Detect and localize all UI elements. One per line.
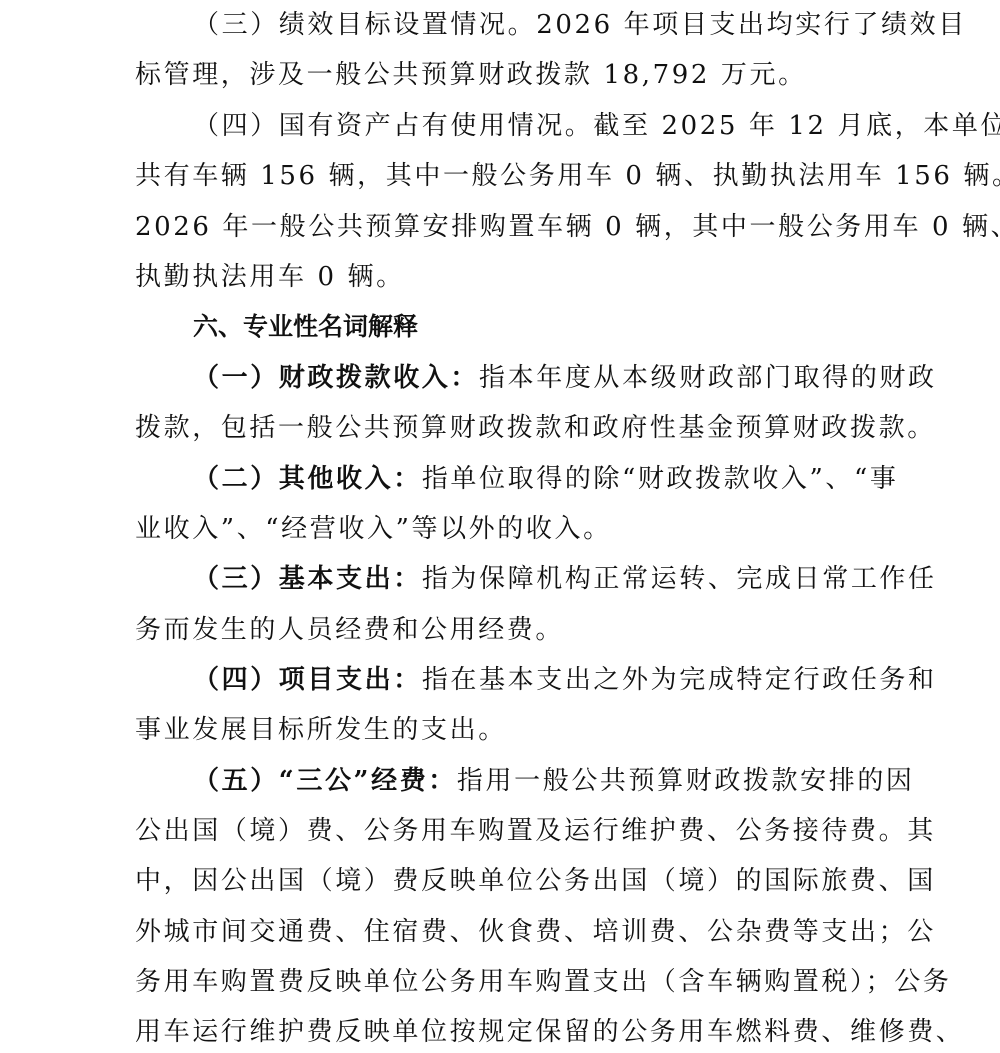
term-label: （五）“三公”经费： xyxy=(193,766,457,796)
term-text: 指为保障机构正常运转、完成日常工作任 xyxy=(422,564,937,594)
term-text: 指单位取得的除“财政拨款收入”、“事 xyxy=(422,464,899,494)
term-text: 指在基本支出之外为完成特定行政任务和 xyxy=(422,665,937,695)
term-label: （四）项目支出： xyxy=(193,665,422,695)
term-three-public-funds-line-6: 用车运行维护费反映单位按规定保留的公务用车燃料费、维修费、 xyxy=(135,1007,880,1053)
term-label: （三）基本支出： xyxy=(193,564,422,594)
term-other-income-line-1: （二）其他收入：指单位取得的除“财政拨款收入”、“事 xyxy=(193,454,880,504)
term-basic-expenditure-line-2: 务而发生的人员经费和公用经费。 xyxy=(135,605,564,655)
paragraph-state-assets-line-4: 执勤执法用车 0 辆。 xyxy=(135,252,405,302)
term-label: （一）财政拨款收入： xyxy=(193,363,479,393)
term-fiscal-appropriation-line-2: 拨款，包括一般公共预算财政拨款和政府性基金预算财政拨款。 xyxy=(135,403,936,453)
term-three-public-funds-line-1: （五）“三公”经费：指用一般公共预算财政拨款安排的因 xyxy=(193,756,880,806)
term-fiscal-appropriation-line-1: （一）财政拨款收入：指本年度从本级财政部门取得的财政 xyxy=(193,353,880,403)
term-other-income-line-2: 业收入”、“经营收入”等以外的收入。 xyxy=(135,504,612,554)
term-label: （二）其他收入： xyxy=(193,464,422,494)
term-basic-expenditure-line-1: （三）基本支出：指为保障机构正常运转、完成日常工作任 xyxy=(193,554,880,604)
section-heading: 六、专业性名词解释 xyxy=(193,302,418,352)
term-text: 指用一般公共预算财政拨款安排的因 xyxy=(457,766,915,796)
term-project-expenditure-line-1: （四）项目支出：指在基本支出之外为完成特定行政任务和 xyxy=(193,655,880,705)
paragraph-perf-goals-line-1: （三）绩效目标设置情况。2026 年项目支出均实行了绩效目 xyxy=(193,0,880,50)
term-project-expenditure-line-2: 事业发展目标所发生的支出。 xyxy=(135,705,507,755)
term-three-public-funds-line-3: 中，因公出国（境）费反映单位公务出国（境）的国际旅费、国 xyxy=(135,856,880,906)
paragraph-state-assets-line-2: 共有车辆 156 辆，其中一般公务用车 0 辆、执勤执法用车 156 辆。 xyxy=(135,151,880,201)
paragraph-state-assets-line-3: 2026 年一般公共预算安排购置车辆 0 辆，其中一般公务用车 0 辆、 xyxy=(135,202,880,252)
term-three-public-funds-line-4: 外城市间交通费、住宿费、伙食费、培训费、公杂费等支出；公 xyxy=(135,907,880,957)
paragraph-perf-goals-line-2: 标管理，涉及一般公共预算财政拨款 18,792 万元。 xyxy=(135,50,807,100)
paragraph-state-assets-line-1: （四）国有资产占有使用情况。截至 2025 年 12 月底，本单位 xyxy=(193,101,880,151)
term-three-public-funds-line-2: 公出国（境）费、公务用车购置及运行维护费、公务接待费。其 xyxy=(135,806,880,856)
term-text: 指本年度从本级财政部门取得的财政 xyxy=(479,363,937,393)
term-three-public-funds-line-5: 务用车购置费反映单位公务用车购置支出（含车辆购置税）；公务 xyxy=(135,957,880,1007)
